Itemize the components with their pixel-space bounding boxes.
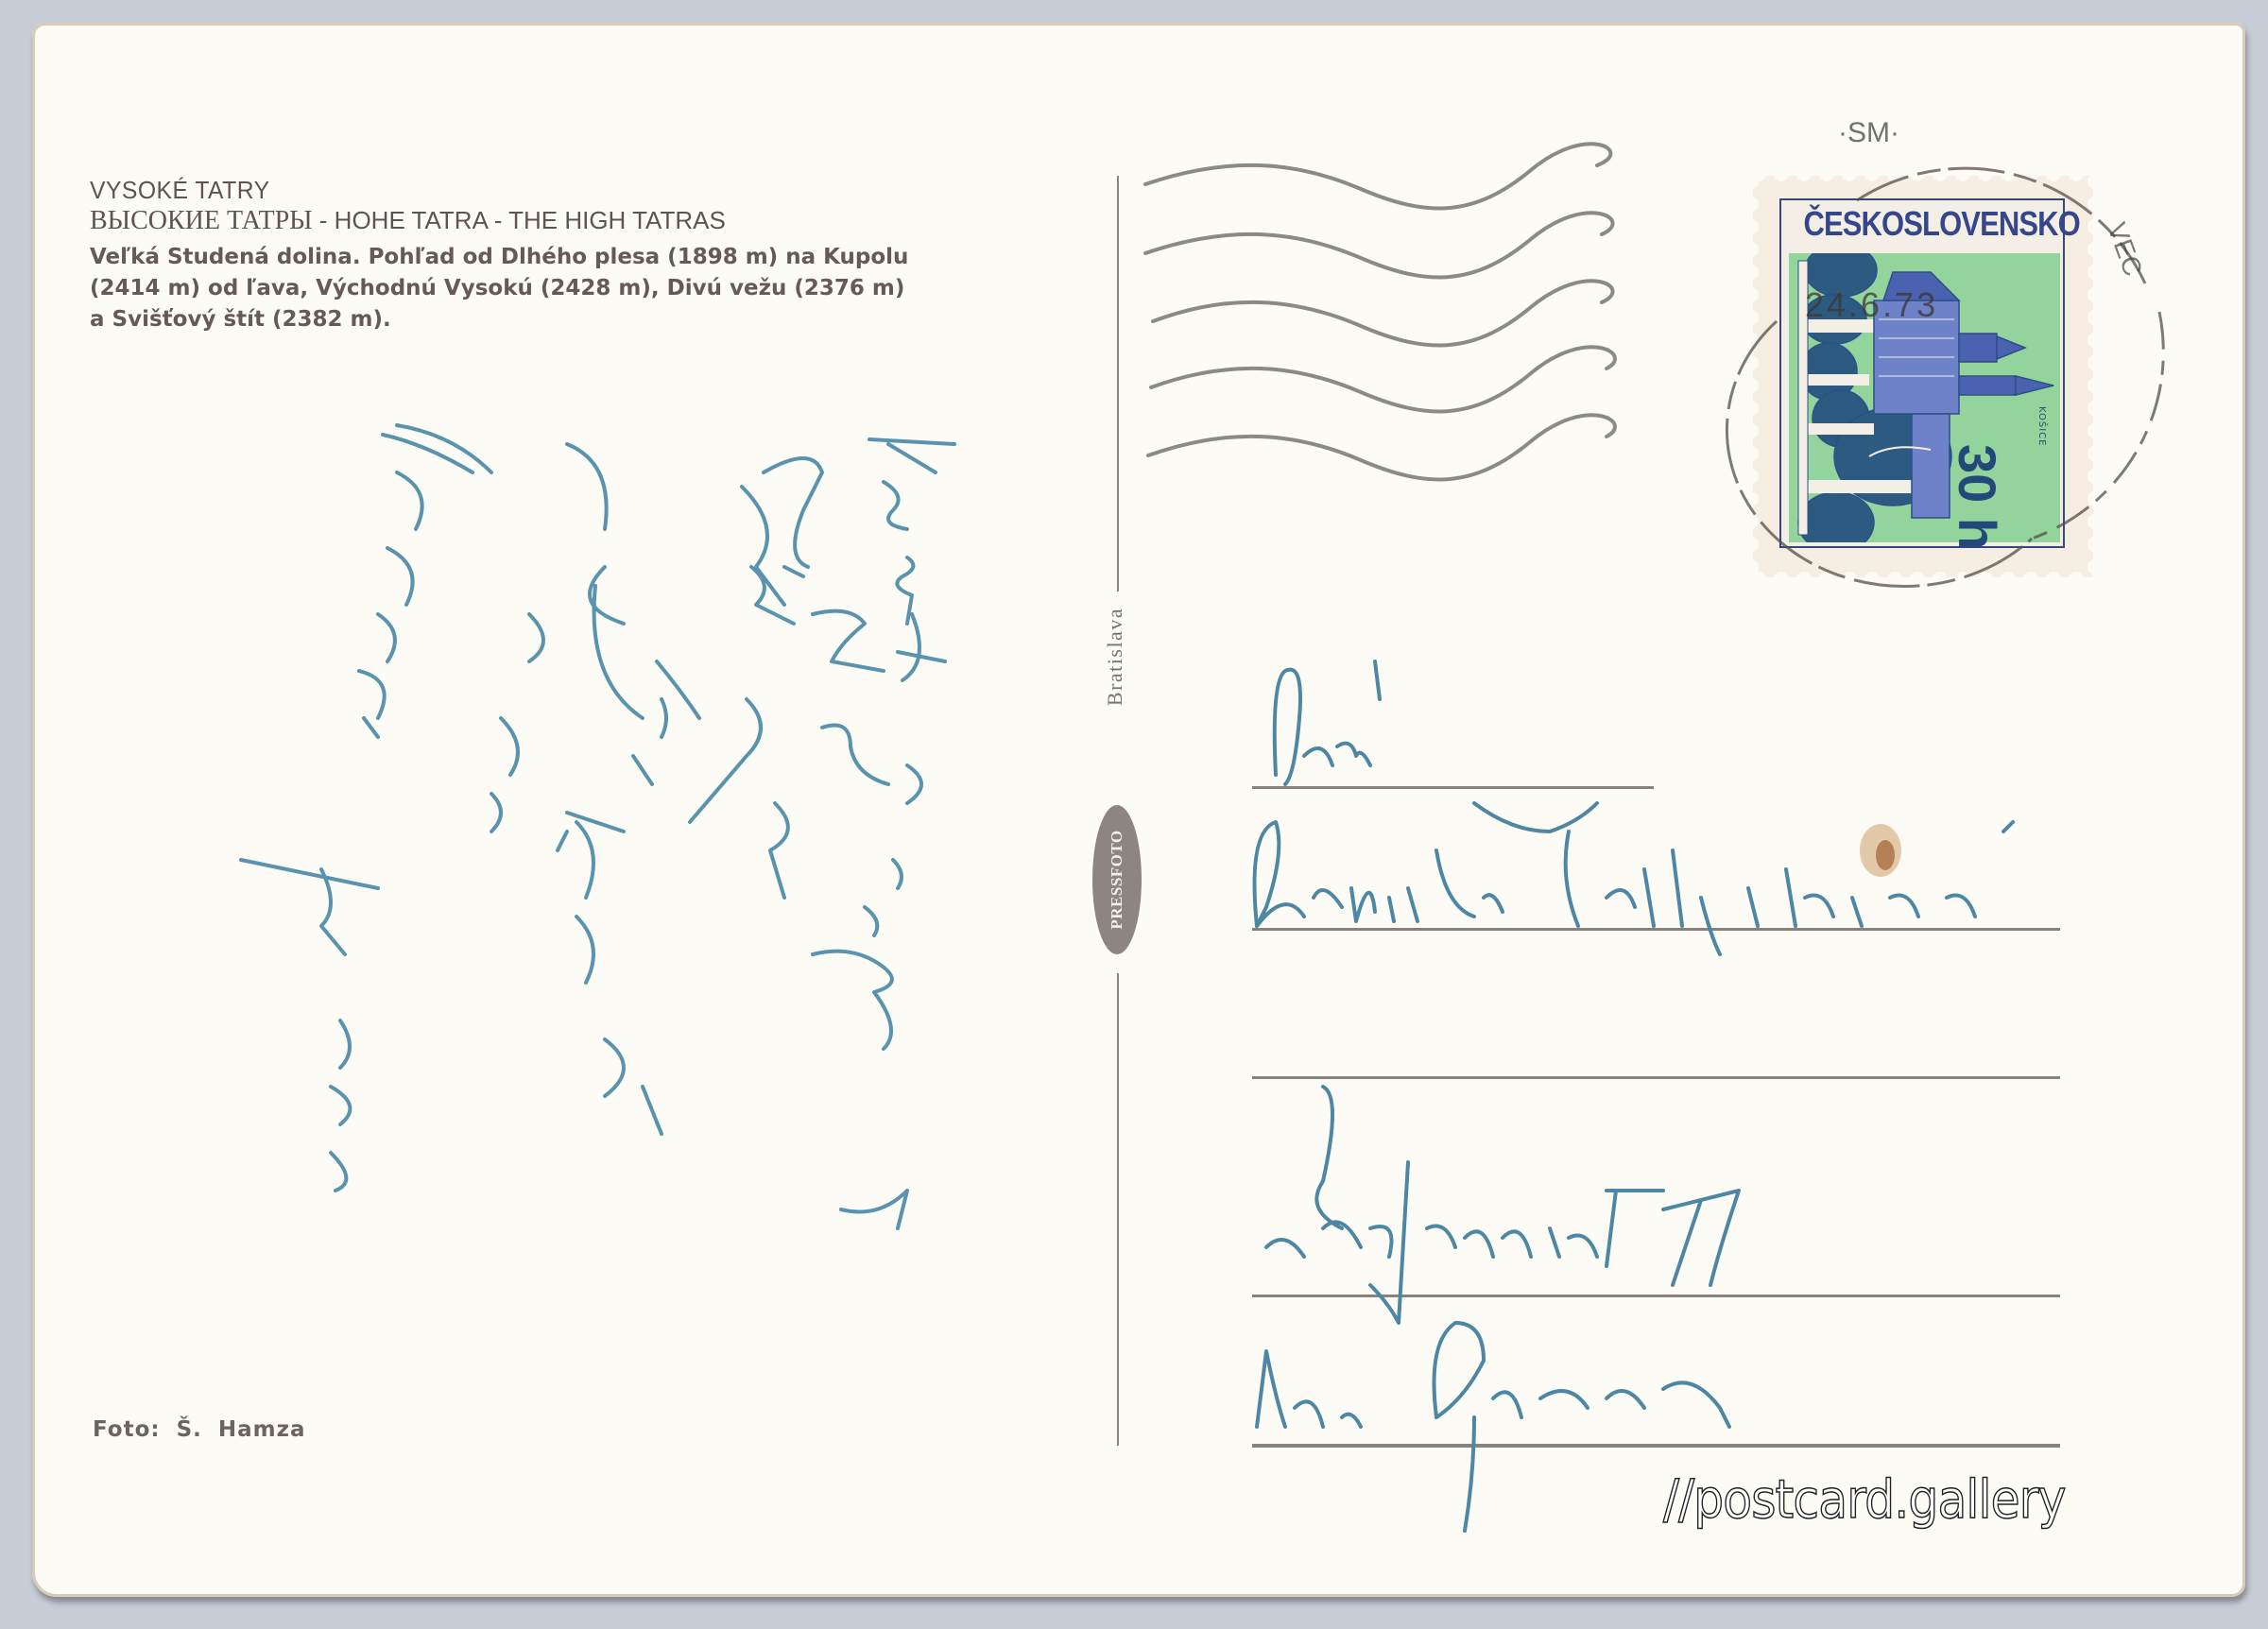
ink-overlay: ·SM· VEC 24.6.73 <box>0 0 2268 1629</box>
watermark: //postcard.gallery <box>1663 1469 2065 1531</box>
postmark-date: 24.6.73 <box>1805 285 1938 324</box>
handwritten-message-icon <box>241 425 954 1228</box>
handwritten-address-icon <box>1255 661 2014 1531</box>
cancellation-wavy-lines-icon <box>1145 144 1615 479</box>
postmark-town-fragment: ·SM· <box>1838 117 1899 148</box>
postmark-town-fragment-right: VEC <box>2102 218 2148 280</box>
perforation-holes-icon <box>1744 166 2103 587</box>
stain-core <box>1876 840 1895 870</box>
